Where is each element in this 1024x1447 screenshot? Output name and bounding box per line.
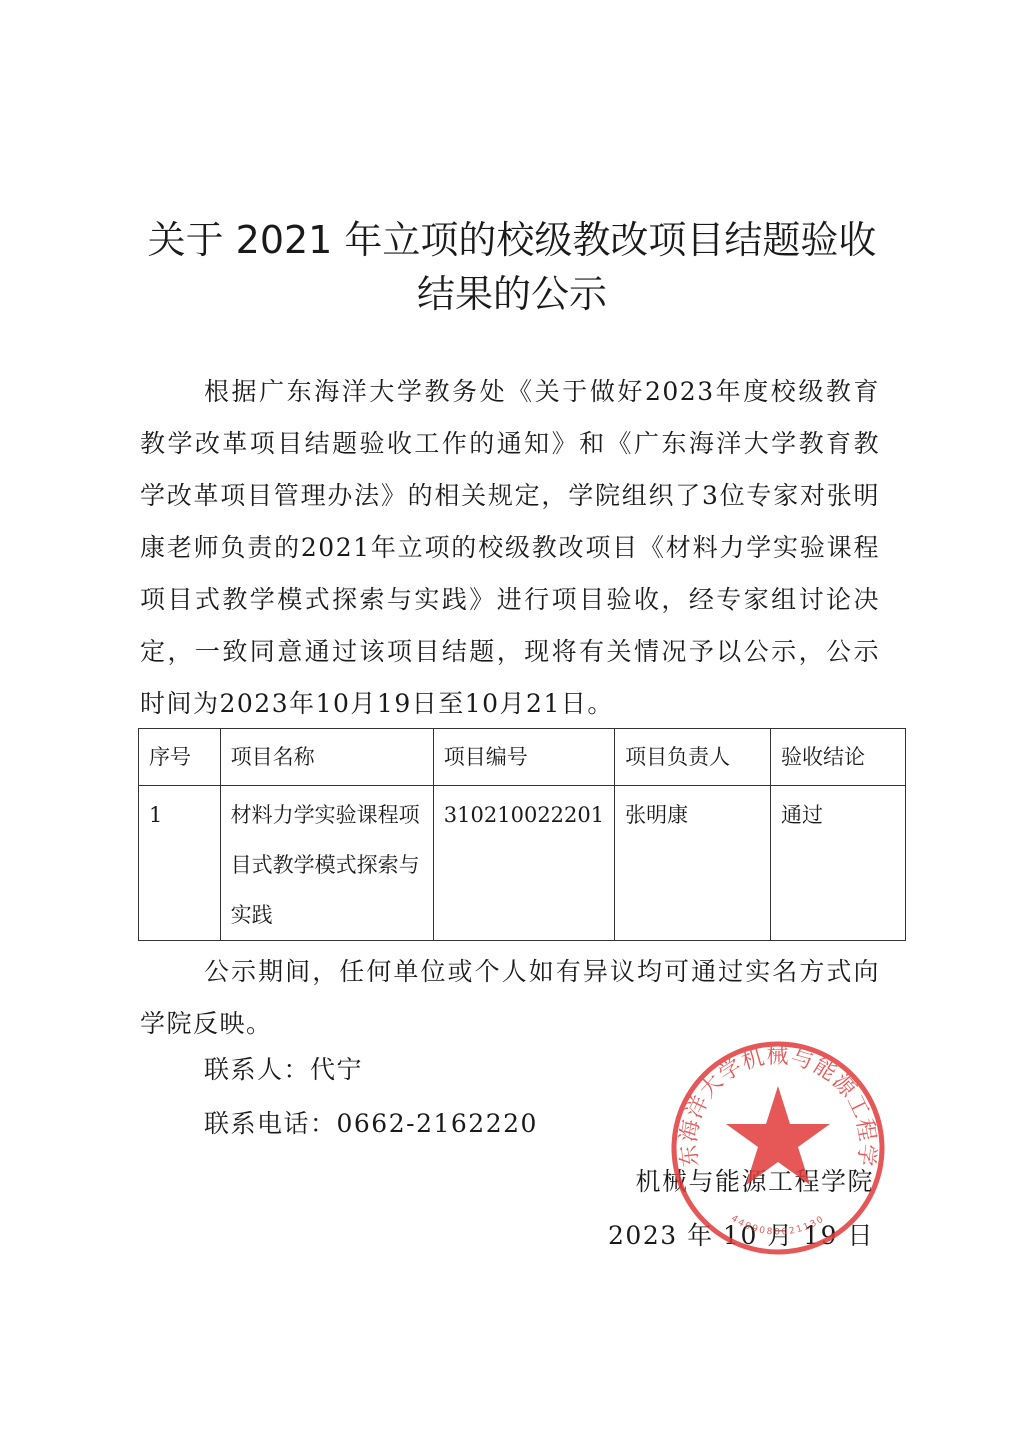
table-row: 1 材料力学实验课程项目式教学模式探索与实践 310210022201 张明康 … <box>139 786 906 941</box>
header-index: 序号 <box>139 729 221 786</box>
star-icon <box>726 1086 830 1185</box>
header-project-name: 项目名称 <box>220 729 433 786</box>
cell-project-leader: 张明康 <box>615 786 771 941</box>
header-project-leader: 项目负责人 <box>615 729 771 786</box>
results-table: 序号 项目名称 项目编号 项目负责人 验收结论 1 材料力学实验课程项目式教学模… <box>138 728 906 941</box>
contact-phone: 联系电话：0662-2162220 <box>204 1104 538 1144</box>
official-seal-stamp: 广东海洋大学机械与能源工程学院 4409080021130 <box>668 1038 888 1258</box>
header-result: 验收结论 <box>770 729 905 786</box>
objection-notice: 公示期间，任何单位或个人如有异议均可通过实名方式向学院反映。 <box>140 946 880 1050</box>
cell-index: 1 <box>139 786 221 941</box>
document-page: 关于 2021 年立项的校级教改项目结题验收 结果的公示 根据广东海洋大学教务处… <box>0 0 1024 1447</box>
cell-project-code: 310210022201 <box>433 786 614 941</box>
table-header-row: 序号 项目名称 项目编号 项目负责人 验收结论 <box>139 729 906 786</box>
document-title-line1: 关于 2021 年立项的校级教改项目结题验收 <box>0 212 1024 268</box>
cell-project-name: 材料力学实验课程项目式教学模式探索与实践 <box>220 786 433 941</box>
cell-result: 通过 <box>770 786 905 941</box>
document-title-line2: 结果的公示 <box>0 266 1024 322</box>
header-project-code: 项目编号 <box>433 729 614 786</box>
stamp-serial-text: 4409080021130 <box>729 1214 827 1238</box>
announcement-paragraph: 根据广东海洋大学教务处《关于做好2023年度校级教育教学改革项目结题验收工作的通… <box>140 366 880 730</box>
contact-person: 联系人：代宁 <box>204 1050 363 1090</box>
svg-text:4409080021130: 4409080021130 <box>729 1214 827 1238</box>
